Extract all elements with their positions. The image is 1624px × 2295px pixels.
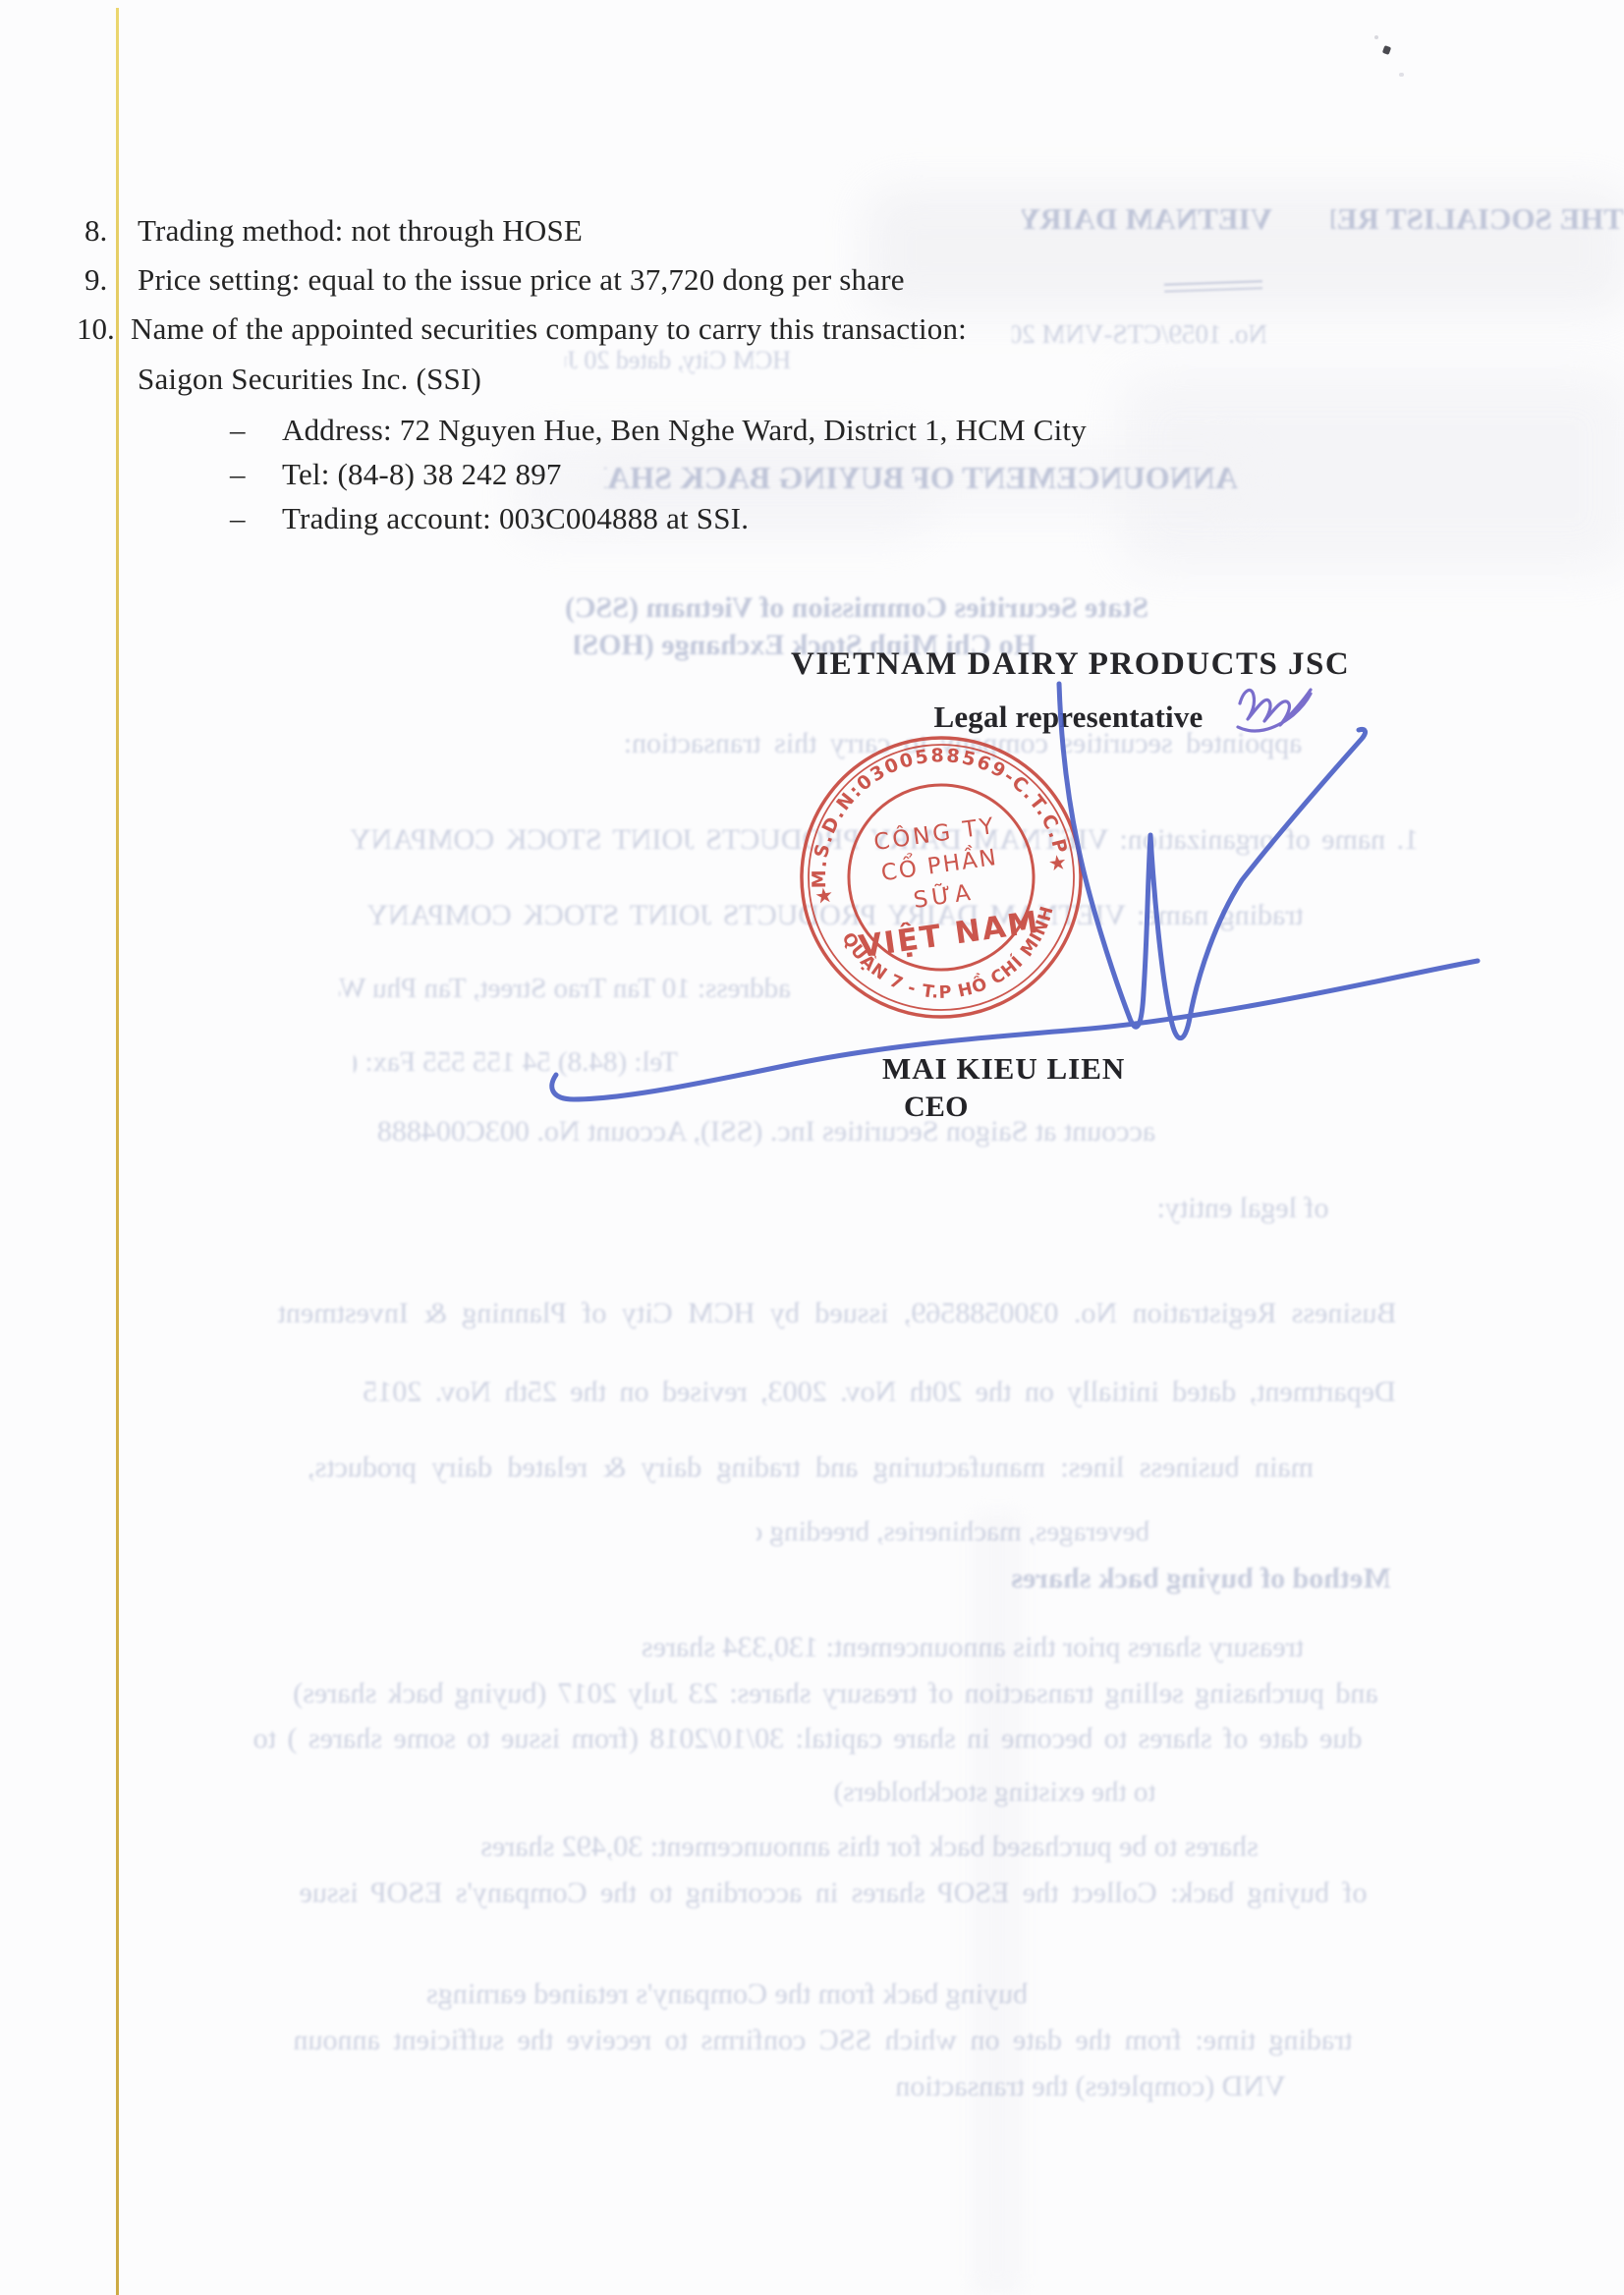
ghost-text-line: trading time: from the date on which SSC…	[29, 2024, 1616, 2057]
ghost-text-line: due date of shares to become in share ca…	[31, 1722, 1584, 1756]
ghost-text-line: buying back from the Company's retained …	[373, 1978, 1081, 2011]
ghost-text-line: 1. name of organization: VIETNAM DAIRY P…	[147, 823, 1621, 857]
ghost-text-line: of buying back: Collect the ESOP shares …	[57, 1876, 1609, 1910]
ghost-text-line: Tel: (84.8) 54 155 555 Fax: (84.8) 54 16…	[354, 1046, 678, 1079]
subitem-address: Address: 72 Nguyen Hue, Ben Nghe Ward, D…	[282, 413, 1087, 448]
ghost-text-line: shares to be purchased back for this ann…	[422, 1830, 1316, 1864]
scan-speck	[1399, 73, 1404, 77]
dash-bullet: –	[230, 501, 246, 536]
legal-representative-label: Legal representative	[914, 700, 1223, 735]
dash-bullet: –	[230, 413, 246, 448]
ghost-text-line: treasury shares prior this announcement:…	[570, 1631, 1375, 1664]
ghost-text-line: main business lines: manufacturing and t…	[93, 1451, 1528, 1484]
ghost-text-line: ANNOUNCEMENT OF BUYING BACK SHARES	[604, 460, 1238, 496]
ghost-text-line: THE SOCIALIST REPUBLIC OF VIETNAM	[1331, 201, 1624, 237]
ghost-text-line: and purchasing selling transaction of tr…	[57, 1677, 1614, 1710]
ghost-text-line: Department, dated initially on the 20th …	[226, 1375, 1533, 1409]
signature-initials	[1238, 690, 1311, 731]
scan-speck	[1382, 45, 1391, 55]
list-item-number: 10.	[77, 311, 115, 347]
ghost-rule	[1164, 280, 1262, 292]
ghost-text-line: beverages, machineries, breeding cows,	[756, 1516, 1149, 1548]
ghost-text-line: address: 10 Tan Trao Street, Tan Phu War…	[339, 973, 791, 1005]
list-item-number: 8.	[84, 213, 107, 249]
subitem-trading-account: Trading account: 003C004888 at SSI.	[282, 501, 749, 536]
ghost-text-line: VND (completes) the transaction	[845, 2070, 1336, 2103]
seal-mid-ring	[792, 728, 1092, 1028]
list-item-text: Trading method: not through HOSE	[138, 213, 583, 249]
ghost-text-line: VIETNAM DAIRY PRODUCTS JSC	[1022, 201, 1272, 237]
margin-rule-line	[116, 8, 119, 2295]
signer-role: CEO	[904, 1091, 969, 1124]
ghost-text-line: of legal entity:	[1120, 1192, 1366, 1225]
ghost-text-line: No. 1059/CTS-VNM 2017	[1012, 319, 1267, 350]
ghost-text-line: trading name: VIETNAM DAIRY PRODUCTS JOI…	[270, 899, 1400, 932]
ghost-text-line: account at Saigon Securities Inc. (SSI),…	[305, 1115, 1228, 1148]
seal-inner-ring	[837, 773, 1045, 981]
ghost-text-line: State Securities Commission of Vietnam (…	[562, 591, 1151, 625]
list-item-text: Name of the appointed securities company…	[131, 311, 967, 347]
company-name-heading: VIETNAM DAIRY PRODUCTS JSC	[791, 646, 1346, 683]
list-item-number: 9.	[84, 262, 107, 298]
dash-bullet: –	[230, 457, 246, 492]
signer-name: MAI KIEU LIEN	[882, 1051, 1125, 1087]
ghost-text-line: Method of buying back shares	[982, 1562, 1420, 1595]
securities-company-line: Saigon Securities Inc. (SSI)	[138, 362, 481, 397]
seal-outer-ring	[784, 720, 1099, 1036]
ghost-text-line: to the existing stockholders)	[766, 1776, 1223, 1809]
list-item-text: Price setting: equal to the issue price …	[138, 262, 905, 298]
scan-speck	[1374, 35, 1378, 39]
ghost-text-line: Business Registration No. 0300588569, is…	[61, 1297, 1613, 1330]
scanned-document-page: VIETNAM DAIRY PRODUCTS JSC THE SOCIALIST…	[0, 0, 1624, 2295]
ghost-text-line: HCM City, dated 20 July 2017	[565, 346, 791, 375]
subitem-tel: Tel: (84-8) 38 242 897	[282, 457, 562, 492]
